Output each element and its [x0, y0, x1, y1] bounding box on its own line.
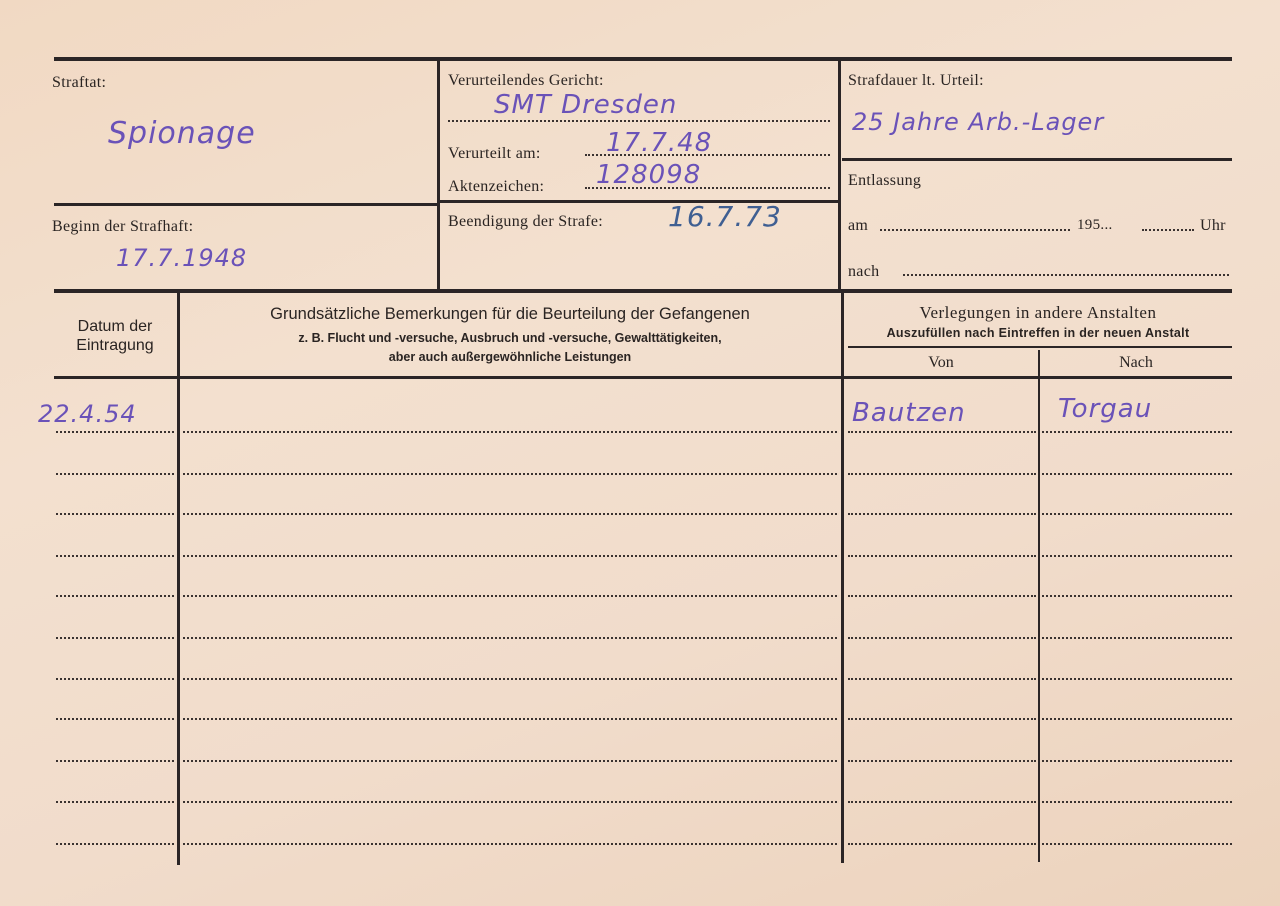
row-nach: Torgau	[1058, 394, 1152, 424]
row-rule-line	[56, 801, 174, 803]
aktenzeichen-value: 128098	[596, 160, 701, 190]
mid-border-left	[54, 203, 438, 206]
row-rule-line	[1042, 801, 1232, 803]
straftat-value: Spionage	[108, 116, 256, 151]
gericht-line	[448, 120, 830, 122]
beginn-label: Beginn der Strafhaft:	[52, 218, 193, 236]
strafdauer-value: 25 Jahre Arb.-Lager	[852, 108, 1104, 136]
entlassung-nach-label: nach	[848, 263, 879, 281]
entlassung-am-label: am	[848, 217, 868, 235]
col-header-remarks-sub1: z. B. Flucht und -versuche, Ausbruch und…	[180, 331, 840, 345]
col-header-date-line2: Eintragung	[54, 337, 176, 355]
row-rule-line	[1042, 513, 1232, 515]
verurteilt-am-label: Verurteilt am:	[448, 145, 541, 163]
row-rule-line	[1042, 678, 1232, 680]
row-rule-line	[56, 718, 174, 720]
entlassung-am-line	[880, 229, 1070, 231]
row-rule-line	[183, 760, 837, 762]
row-rule-line	[848, 595, 1036, 597]
row-rule-line	[183, 555, 837, 557]
entlassung-label: Entlassung	[848, 172, 921, 190]
row-rule-line	[56, 431, 174, 433]
table-divider-date	[177, 293, 180, 865]
row-rule-line	[183, 431, 837, 433]
row-rule-line	[56, 555, 174, 557]
row-date: 22.4.54	[38, 400, 137, 428]
table-top-border	[54, 289, 1232, 293]
table-divider-von-nach	[1038, 350, 1040, 862]
entlassung-time-line	[1142, 229, 1194, 231]
row-rule-line	[56, 843, 174, 845]
row-rule-line	[1042, 431, 1232, 433]
table-divider-remarks	[841, 293, 844, 863]
mid-border-right	[842, 158, 1232, 161]
row-rule-line	[183, 637, 837, 639]
row-rule-line	[1042, 843, 1232, 845]
entlassung-uhr-label: Uhr	[1200, 217, 1226, 235]
divider-v1	[437, 61, 440, 290]
row-rule-line	[1042, 718, 1232, 720]
row-rule-line	[56, 595, 174, 597]
col-header-transfer-subtitle: Auszufüllen nach Eintreffen in der neuen…	[844, 326, 1232, 340]
row-rule-line	[848, 718, 1036, 720]
gericht-value: SMT Dresden	[494, 90, 677, 120]
row-von: Bautzen	[852, 398, 966, 428]
entlassung-year: 195...	[1077, 217, 1113, 234]
strafdauer-label: Strafdauer lt. Urteil:	[848, 72, 984, 90]
row-rule-line	[848, 637, 1036, 639]
row-rule-line	[848, 760, 1036, 762]
row-rule-line	[56, 473, 174, 475]
col-header-date-line1: Datum der	[54, 318, 176, 336]
beendigung-label: Beendigung der Strafe:	[448, 213, 603, 231]
transfer-subheader-line	[848, 346, 1232, 348]
verurteilt-am-line	[585, 154, 830, 156]
row-rule-line	[1042, 637, 1232, 639]
col-header-remarks-title: Grundsätzliche Bemerkungen für die Beurt…	[180, 305, 840, 324]
table-header-bottom-border	[54, 376, 1232, 379]
row-rule-line	[848, 473, 1036, 475]
row-rule-line	[56, 760, 174, 762]
row-rule-line	[848, 801, 1036, 803]
col-header-nach: Nach	[1040, 354, 1232, 372]
top-border	[54, 57, 1232, 61]
aktenzeichen-label: Aktenzeichen:	[448, 178, 544, 196]
row-rule-line	[848, 678, 1036, 680]
row-rule-line	[848, 513, 1036, 515]
row-rule-line	[1042, 473, 1232, 475]
row-rule-line	[56, 678, 174, 680]
row-rule-line	[848, 431, 1036, 433]
row-rule-line	[183, 718, 837, 720]
row-rule-line	[1042, 595, 1232, 597]
row-rule-line	[848, 555, 1036, 557]
row-rule-line	[183, 801, 837, 803]
row-rule-line	[183, 513, 837, 515]
row-rule-line	[183, 678, 837, 680]
row-rule-line	[1042, 555, 1232, 557]
row-rule-line	[1042, 760, 1232, 762]
beendigung-value: 16.7.73	[668, 200, 782, 233]
col-header-von: Von	[844, 354, 1038, 372]
row-rule-line	[183, 595, 837, 597]
row-rule-line	[183, 843, 837, 845]
row-rule-line	[56, 637, 174, 639]
row-rule-line	[183, 473, 837, 475]
aktenzeichen-line	[585, 187, 830, 189]
row-rule-line	[56, 513, 174, 515]
straftat-label: Straftat:	[52, 74, 106, 92]
row-rule-line	[848, 843, 1036, 845]
col-header-transfer-title: Verlegungen in andere Anstalten	[844, 303, 1232, 323]
entlassung-nach-line	[903, 274, 1229, 276]
col-header-remarks-sub2: aber auch außergewöhnliche Leistungen	[180, 350, 840, 364]
divider-v2	[838, 61, 841, 290]
beginn-value: 17.7.1948	[116, 244, 247, 272]
gericht-label: Verurteilendes Gericht:	[448, 72, 604, 90]
